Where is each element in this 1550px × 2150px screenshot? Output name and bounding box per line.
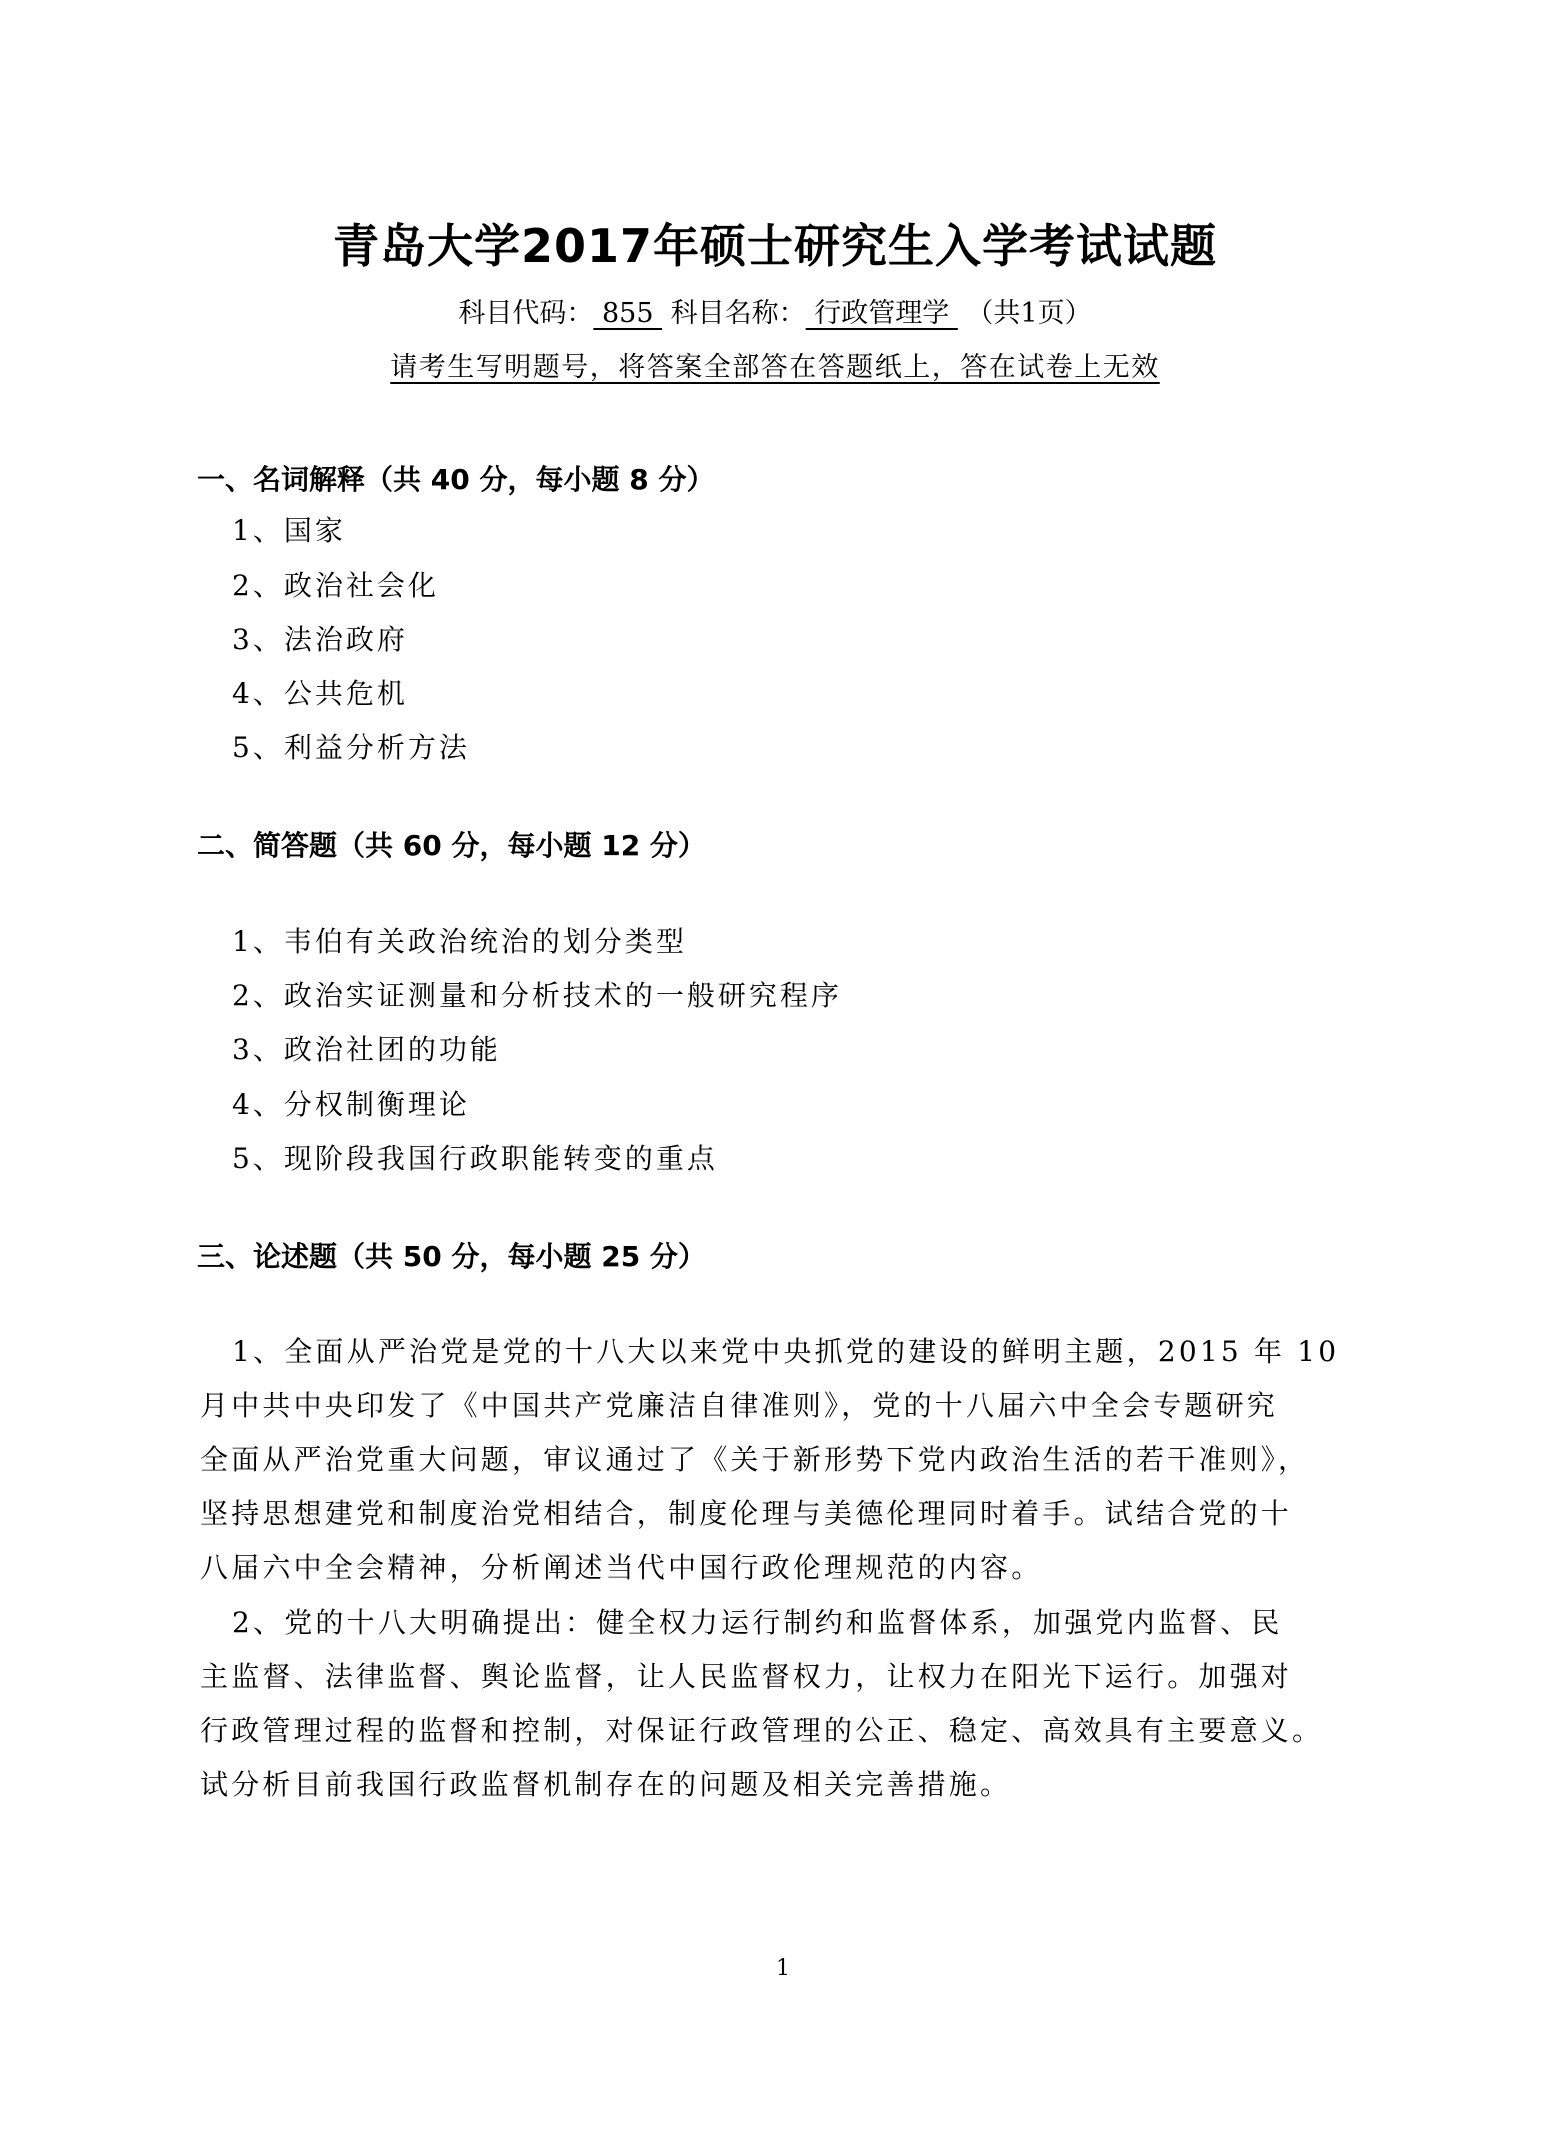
- list-item: 2、政治社会化: [232, 566, 439, 606]
- subject-name-label: 科目名称：: [662, 298, 806, 329]
- subject-info: 科目代码： 855 科目名称： 行政管理学 （共1页）: [0, 294, 1550, 334]
- section-heading-3: 三、论述题（共 50 分，每小题 25 分）: [197, 1237, 706, 1277]
- paragraph-line: 全面从严治党重大问题，审议通过了《关于新形势下党内政治生活的若干准则》，: [200, 1440, 1309, 1480]
- paragraph-line: 2、党的十八大明确提出：健全权力运行制约和监督体系，加强党内监督、民: [232, 1603, 1283, 1643]
- page-number: 1: [768, 1952, 798, 1986]
- list-item: 3、法治政府: [232, 620, 408, 660]
- paragraph-line: 主监督、法律监督、舆论监督，让人民监督权力，让权力在阳光下运行。加强对: [200, 1657, 1292, 1697]
- page-count: （共1页）: [958, 298, 1092, 329]
- subject-code: 855: [593, 298, 662, 329]
- page-title: 青岛大学2017年硕士研究生入学考试试题: [0, 216, 1550, 276]
- paragraph-line: 月中共中央印发了《中国共产党廉洁自律准则》，党的十八届六中全会专题研究: [200, 1386, 1278, 1426]
- subject-name: 行政管理学: [806, 298, 958, 329]
- paragraph-line: 试分析目前我国行政监督机制存在的问题及相关完善措施。: [200, 1765, 1011, 1805]
- exam-notice: 请考生写明题号，将答案全部答在答题纸上，答在试卷上无效: [0, 348, 1550, 388]
- paragraph-line: 行政管理过程的监督和控制，对保证行政管理的公正、稳定、高效具有主要意义。: [200, 1711, 1323, 1751]
- section-heading-1: 一、名词解释（共 40 分，每小题 8 分）: [197, 460, 714, 500]
- paragraph-line: 1、全面从严治党是党的十八大以来党中央抓党的建设的鲜明主题，2015 年 10: [232, 1332, 1339, 1372]
- list-item: 3、政治社团的功能: [232, 1030, 501, 1070]
- list-item: 2、政治实证测量和分析技术的一般研究程序: [232, 976, 842, 1016]
- section-heading-2: 二、简答题（共 60 分，每小题 12 分）: [197, 826, 706, 866]
- paragraph-line: 坚持思想建党和制度治党相结合，制度伦理与美德伦理同时着手。试结合党的十: [200, 1494, 1292, 1534]
- paragraph-line: 八届六中全会精神，分析阐述当代中国行政伦理规范的内容。: [200, 1548, 1042, 1588]
- list-item: 5、利益分析方法: [232, 728, 470, 768]
- list-item: 4、公共危机: [232, 674, 408, 714]
- list-item: 1、韦伯有关政治统治的划分类型: [232, 922, 687, 962]
- list-item: 5、现阶段我国行政职能转变的重点: [232, 1139, 718, 1179]
- list-item: 1、国家: [232, 511, 346, 551]
- subject-code-label: 科目代码：: [458, 298, 593, 329]
- list-item: 4、分权制衡理论: [232, 1085, 470, 1125]
